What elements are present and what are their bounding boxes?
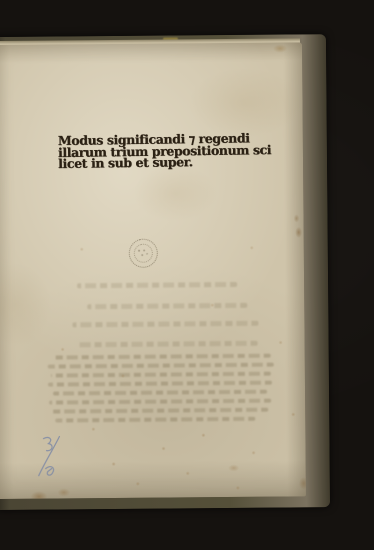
showthrough-line xyxy=(78,341,258,348)
title-page-recto: Modus significandi ⁊ regendi illarum tri… xyxy=(0,42,306,499)
showthrough-line xyxy=(49,399,271,405)
verso-text-showthrough xyxy=(0,42,306,499)
showthrough-line xyxy=(53,390,267,396)
showthrough-line xyxy=(72,321,258,328)
title-line-3: licet in sub et super. xyxy=(58,155,271,170)
showthrough-line xyxy=(87,303,247,309)
showthrough-line xyxy=(48,363,274,369)
showthrough-line xyxy=(52,408,268,414)
handwritten-shelfmark xyxy=(35,434,63,480)
book: Modus significandi ⁊ regendi illarum tri… xyxy=(0,0,374,550)
showthrough-line xyxy=(77,282,237,288)
stains-and-foxing xyxy=(0,42,306,499)
round-ink-stamp-icon xyxy=(126,236,161,271)
showthrough-line xyxy=(53,354,271,360)
printed-title: Modus significandi ⁊ regendi illarum tri… xyxy=(58,132,272,170)
scanned-book-photo: Modus significandi ⁊ regendi illarum tri… xyxy=(0,0,374,550)
showthrough-line xyxy=(55,417,255,423)
showthrough-line xyxy=(48,381,272,387)
showthrough-line xyxy=(51,372,271,378)
